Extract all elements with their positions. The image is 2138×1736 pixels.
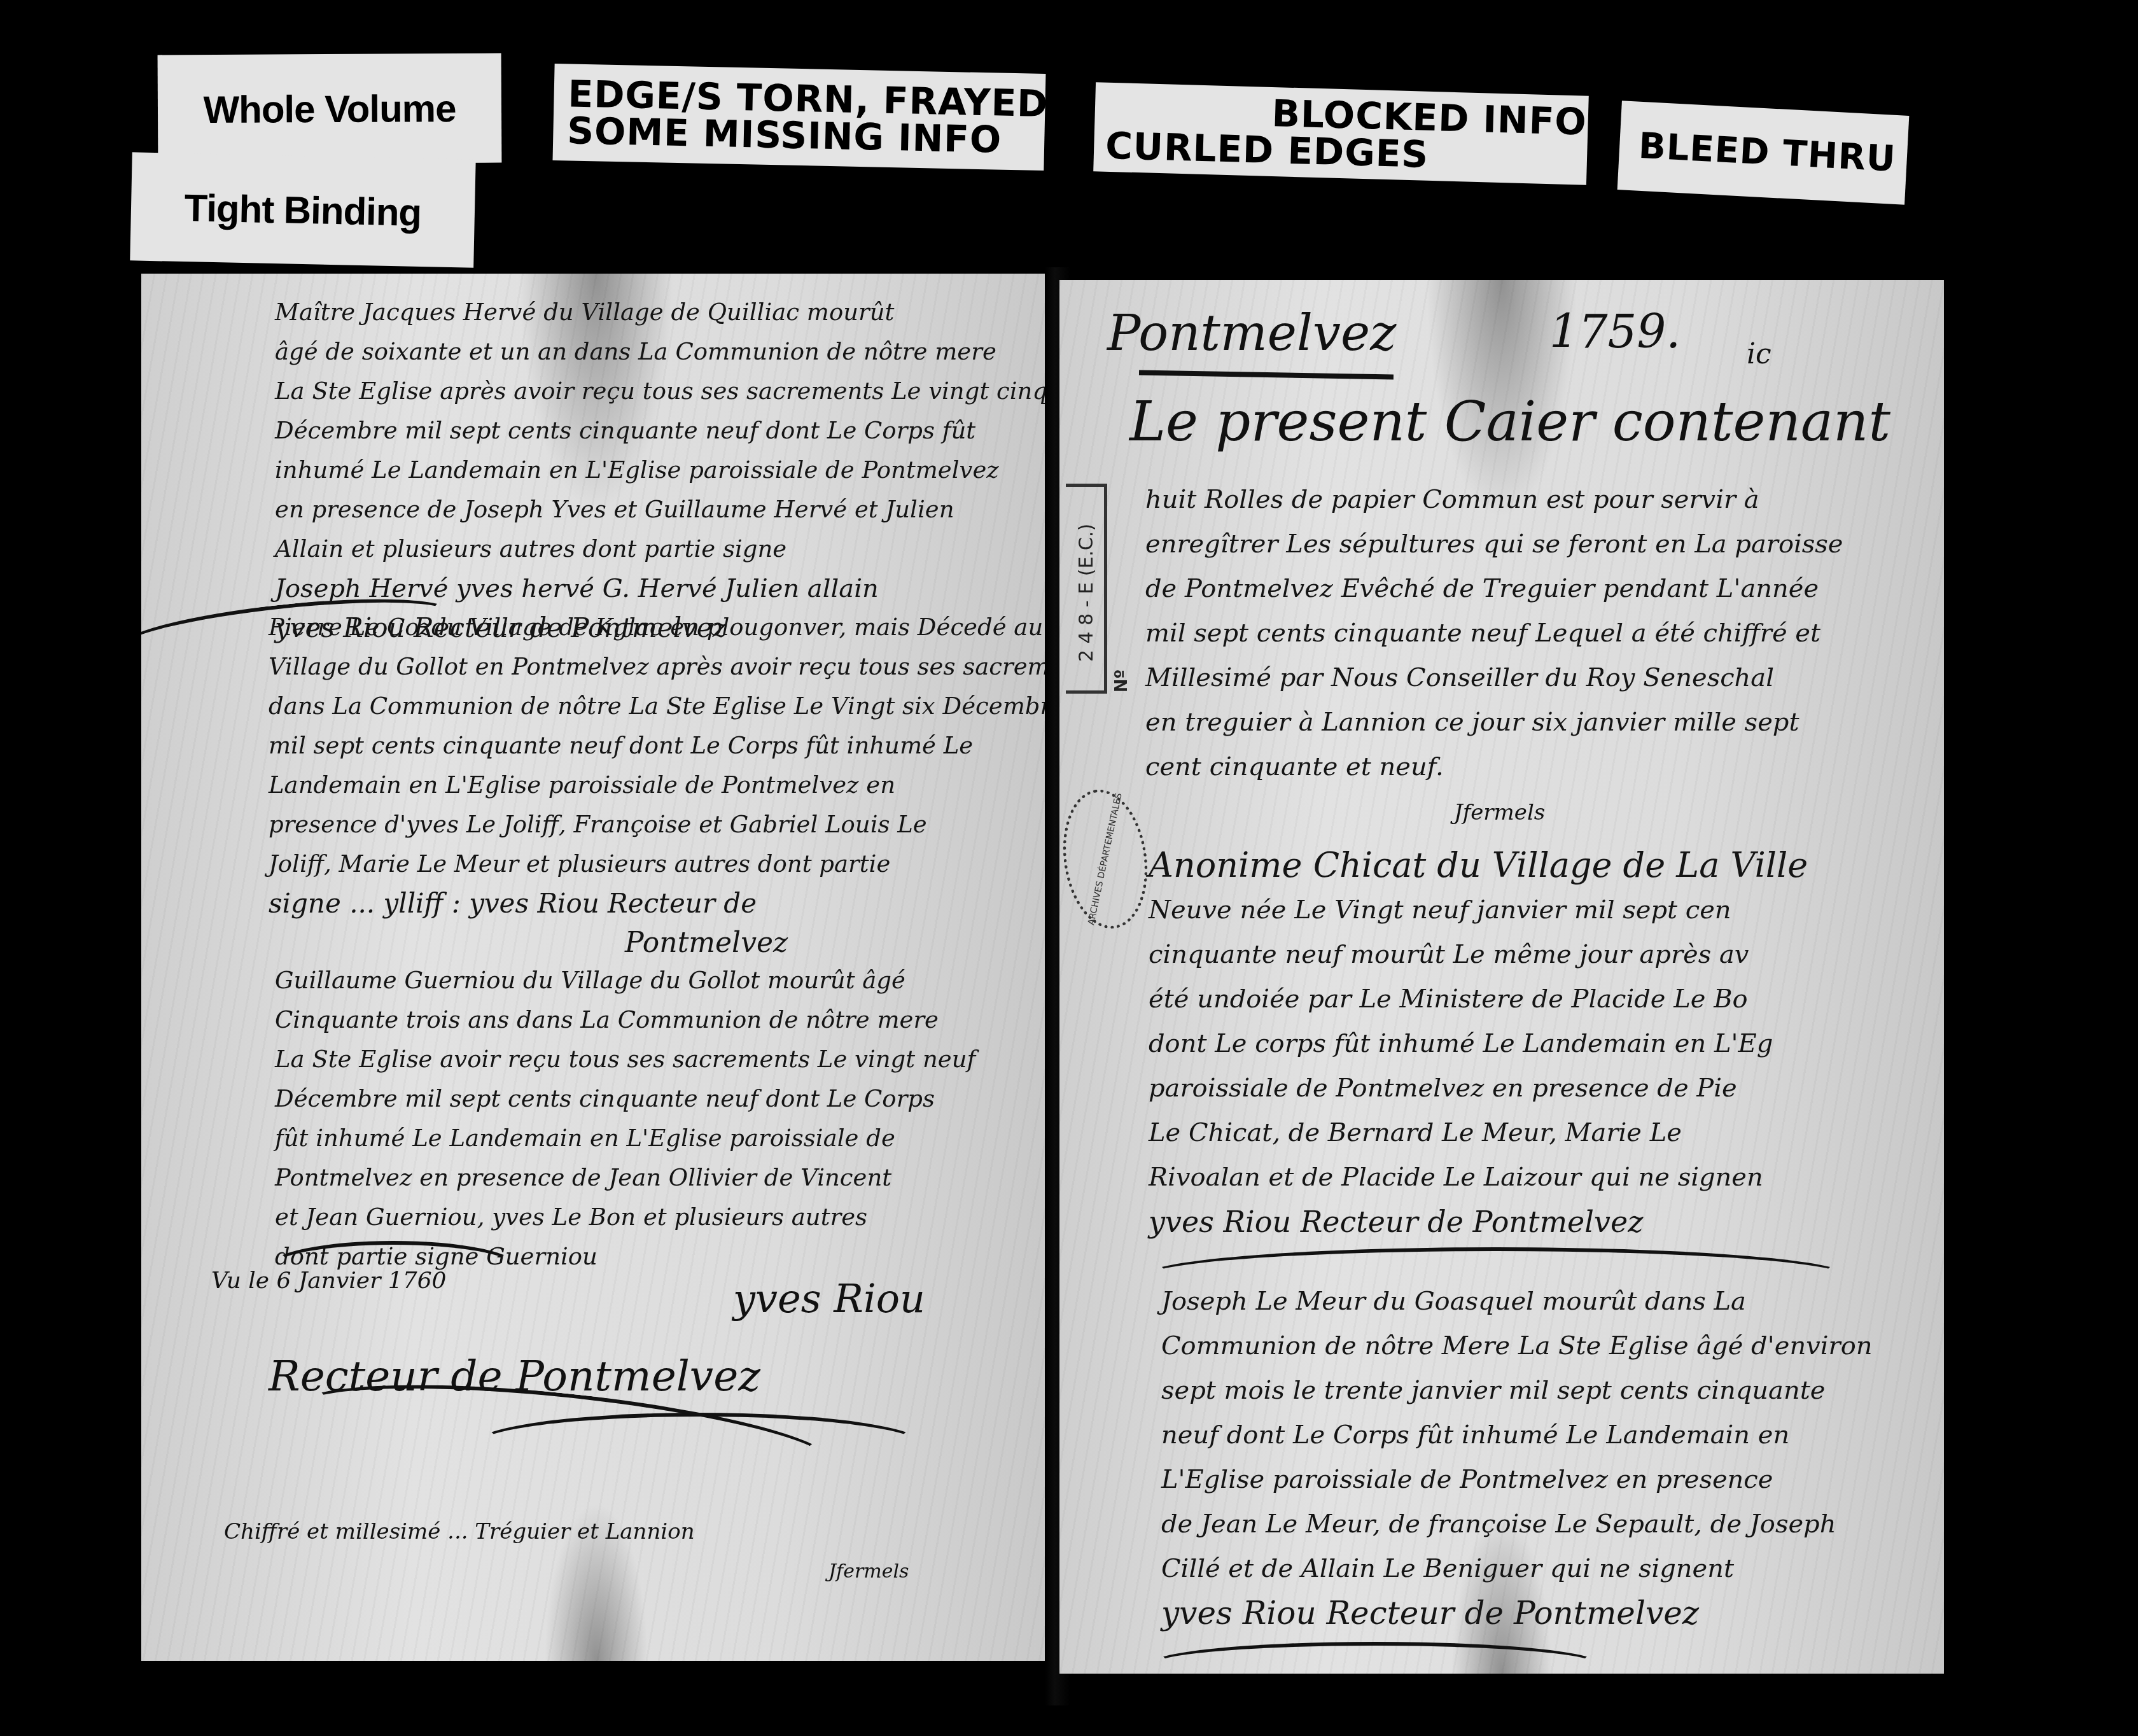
entry-line: Anonime Chicat du Village de La Ville (1149, 843, 1808, 888)
decorative-flourish (1149, 1642, 1602, 1674)
entry-line: Pierre Le Cozdu Village de Kglac en plou… (269, 608, 1051, 647)
label-text: Whole Volume (203, 86, 456, 131)
entry-line: dont Le corps fût inhumé Le Landemain en… (1149, 1021, 1808, 1066)
entry-line: dans La Communion de nôtre La Ste Eglise… (269, 687, 1051, 726)
label-text: Tight Binding (184, 186, 422, 235)
intro-line: enregîtrer Les sépultures qui se feront … (1145, 522, 1843, 566)
year-heading: 1759. (1549, 309, 1680, 354)
entry-line: La Ste Eglise avoir reçu tous ses sacrem… (275, 1040, 975, 1079)
entry-line: été undoiée par Le Ministere de Placide … (1149, 977, 1808, 1021)
heading-mark: ic (1747, 340, 1771, 368)
rector-signature: yves Riou Recteur de Pontmelvez (1161, 1591, 1873, 1635)
right-page: Pontmelvez 1759. ic Le present Caier con… (1059, 280, 1944, 1674)
entry-line: Communion de nôtre Mere La Ste Eglise âg… (1161, 1324, 1873, 1368)
stamp-text: ARCHIVES DÉPARTEMENTALES (1086, 792, 1124, 926)
burial-entry-guerniou: Guillaume Guerniou du Village du Gollot … (275, 961, 975, 1277)
entry-line: de Jean Le Meur, de françoise Le Sepault… (1161, 1502, 1873, 1546)
entry-line: Pontmelvez en presence de Jean Ollivier … (275, 1158, 975, 1198)
entry-line: fût inhumé Le Landemain en L'Eglise paro… (275, 1119, 975, 1158)
entry-line: Joseph Le Meur du Goasquel mourût dans L… (1161, 1279, 1873, 1324)
label-bleed-thru: BLEED THRU (1617, 101, 1910, 204)
intro-line: mil sept cents cinquante neuf Lequel a é… (1145, 611, 1843, 655)
entry-line: inhumé Le Landemain en L'Eglise paroissi… (275, 451, 1047, 490)
entry-line: Landemain en L'Eglise paroissiale de Pon… (269, 766, 1051, 805)
entry-line: Le Chicat, de Bernard Le Meur, Marie Le (1149, 1110, 1808, 1155)
rector-signature: yves Riou Recteur de Pontmelvez (1149, 1200, 1808, 1244)
intro-line: en treguier à Lannion ce jour six janvie… (1145, 700, 1843, 745)
entry-line: Allain et plusieurs autres dont partie s… (275, 529, 1047, 569)
entry-line: Neuve née Le Vingt neuf janvier mil sept… (1149, 888, 1808, 932)
entry-line: Décembre mil sept cents cinquante neuf d… (275, 1079, 975, 1119)
entry-line: Village du Gollot en Pontmelvez après av… (269, 647, 1051, 687)
label-text: BLEED THRU (1638, 129, 1908, 178)
archive-number-label: Nº (1112, 669, 1131, 692)
entry-line: Cinquante trois ans dans La Communion de… (275, 1000, 975, 1040)
entry-line: Joliff, Marie Le Meur et plusieurs autre… (269, 844, 1051, 884)
entry-line: âgé de soixante et un an dans La Communi… (275, 332, 1047, 372)
entry-line: cinquante neuf mourût Le même jour après… (1149, 932, 1808, 977)
burial-entry-le-meur: Joseph Le Meur du Goasquel mourût dans L… (1161, 1279, 1873, 1635)
entry-line: Décembre mil sept cents cinquante neuf d… (275, 411, 1047, 451)
entry-line: La Ste Eglise après avoir reçu tous ses … (275, 372, 1047, 411)
archive-reference: 2 4 8 - E (E.C.) (1075, 524, 1098, 662)
intro-line: de Pontmelvez Evêché de Treguier pendant… (1145, 566, 1843, 611)
entry-line: Guillaume Guerniou du Village du Gollot … (275, 961, 975, 1000)
burial-entry-chicat: Anonime Chicat du Village de La Ville Ne… (1149, 843, 1808, 1244)
rector-signature: yves Riou (733, 1279, 925, 1319)
burial-entry-herve: Maître Jacques Hervé du Village de Quill… (275, 293, 1047, 648)
entry-line: signe ... ylliff : yves Riou Recteur de (269, 884, 1051, 923)
closing-signature: Jfermels (828, 1562, 909, 1581)
rector-parish: Pontmelvez (269, 923, 1051, 963)
heading-underline (1139, 370, 1394, 380)
entry-line: paroissiale de Pontmelvez en presence de… (1149, 1066, 1808, 1110)
entry-line: presence d'yves Le Joliff, Françoise et … (269, 805, 1051, 844)
burial-entry-le-coz: Pierre Le Cozdu Village de Kglac en plou… (269, 608, 1051, 963)
entry-line: sept mois le trente janvier mil sept cen… (1161, 1368, 1873, 1413)
intro-line: cent cinquante et neuf. (1145, 745, 1843, 789)
entry-line: et Jean Guerniou, yves Le Bon et plusieu… (275, 1198, 975, 1237)
entry-line: Rivoalan et de Placide Le Laizour qui ne… (1149, 1155, 1808, 1200)
entry-line: Cillé et de Allain Le Beniguer qui ne si… (1161, 1546, 1873, 1591)
register-title: Le present Caier contenant (1129, 395, 1890, 449)
register-introduction: huit Rolles de papier Commun est pour se… (1145, 477, 1843, 789)
attestation-note: Vu le 6 Janvier 1760 (211, 1270, 446, 1292)
entry-line: L'Eglise paroissiale de Pontmelvez en pr… (1161, 1457, 1873, 1502)
label-edges-torn: EDGE/S TORN, FRAYED SOME MISSING INFO (552, 64, 1045, 171)
label-blocked-curled: BLOCKED INFO CURLED EDGES (1093, 82, 1589, 185)
intro-signature: Jfermels (1454, 802, 1545, 823)
entry-line: Maître Jacques Hervé du Village de Quill… (275, 293, 1047, 332)
closing-note: Chiffré et millesimé ... Tréguier et Lan… (224, 1521, 695, 1543)
intro-line: Millesimé par Nous Conseiller du Roy Sen… (1145, 655, 1843, 700)
intro-line: huit Rolles de papier Commun est pour se… (1145, 477, 1843, 522)
parish-heading: Pontmelvez (1107, 309, 1396, 358)
entry-line: neuf dont Le Corps fût inhumé Le Landema… (1161, 1413, 1873, 1457)
left-page: Maître Jacques Hervé du Village de Quill… (141, 274, 1051, 1661)
label-text-line-2: SOME MISSING INFO (567, 112, 1045, 159)
entry-line: en presence de Joseph Yves et Guillaume … (275, 490, 1047, 529)
label-tight-binding: Tight Binding (130, 152, 475, 267)
entry-line: mil sept cents cinquante neuf dont Le Co… (269, 726, 1051, 766)
label-whole-volume: Whole Volume (158, 53, 502, 165)
